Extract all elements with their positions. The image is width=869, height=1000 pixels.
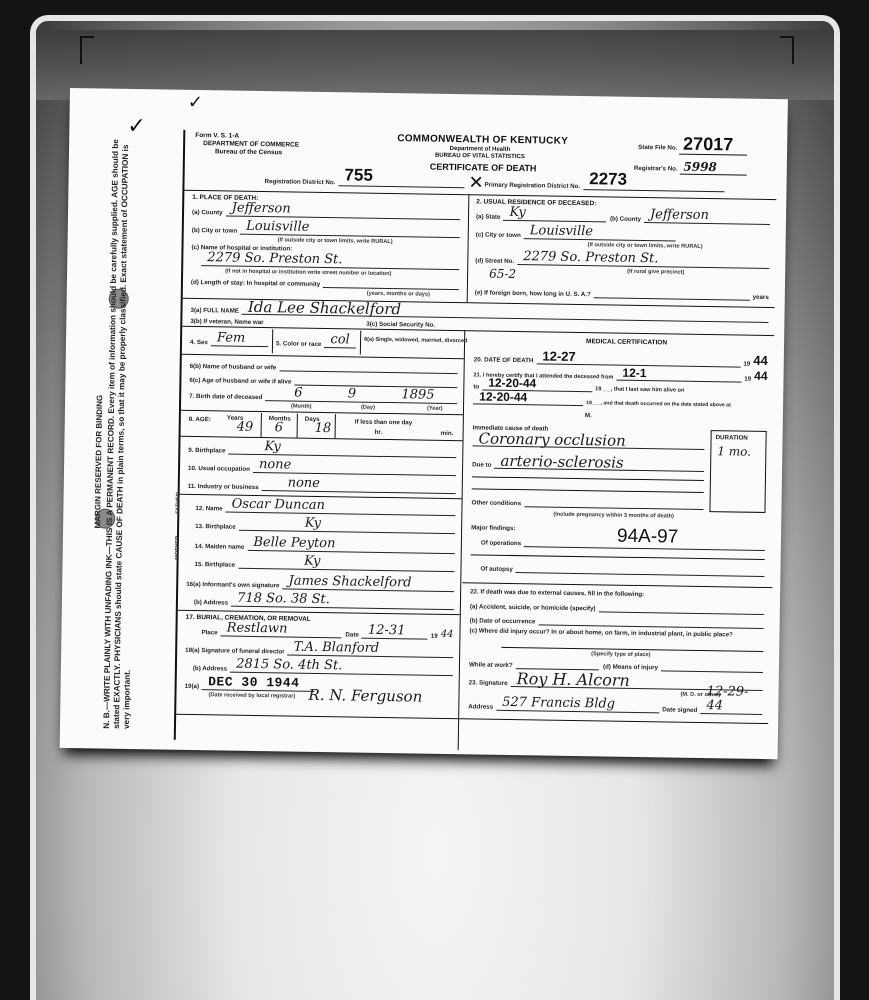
sex-field: 4. Sex Fem [190, 334, 268, 347]
spouse-name-label: 6(b) Name of husband or wife [190, 363, 277, 371]
date-of-death-label: 20. DATE OF DEATH [474, 356, 534, 364]
occupation-value: none [259, 458, 291, 473]
birth-month-value: 6 [294, 387, 303, 401]
birthplace-value: Ky [234, 440, 280, 455]
birth-day-value: 9 [348, 387, 357, 401]
full-name-label: 3(a) FULL NAME [190, 307, 238, 315]
residence-street-label: (d) Street No. [475, 257, 514, 265]
funeral-director-value: T.A. Blanford [294, 641, 380, 656]
registration-district-field: Registration District No. 755 [264, 173, 464, 188]
primary-district-field: Primary Registration District No. 2273 [484, 177, 724, 193]
primary-district-number: 2273 [589, 169, 627, 190]
m-label: M. [585, 412, 592, 419]
attended-from-year: 44 [754, 369, 768, 383]
registrar-number: 5998 [679, 160, 747, 176]
attended-to-value: 12-20-44 [488, 376, 536, 391]
burial-date-field: Date 12-31 19 44 [345, 626, 453, 640]
operations-value: 94A-97 [617, 526, 679, 549]
residence-county-field: (b) County Jefferson [610, 210, 770, 225]
residence-city-label: (c) City or town [476, 231, 521, 239]
immediate-cause-field: Coronary occlusion [472, 434, 704, 450]
race-field: 5. Color or race col [276, 335, 356, 348]
residence-county-label: (b) County [610, 215, 641, 222]
occurrence-label: (b) Date of occurrence [470, 617, 536, 625]
race-label: 5. Color or race [276, 340, 322, 348]
place-type-note: (Specify type of place) [591, 651, 650, 658]
registration-district-label: Registration District No. [264, 178, 335, 186]
informant-signature-value: James Shackelford [288, 574, 411, 590]
residence-county-value: Jefferson [650, 208, 709, 223]
informant-address-label: (b) Address [194, 599, 228, 607]
day-note: (Day) [361, 405, 375, 411]
physician-address-value: 527 Francis Bldg [502, 696, 615, 712]
burial-place-value: Restlawn [227, 622, 288, 637]
father-birthplace-value: Ky [245, 516, 321, 531]
mother-name-label: 14. Maiden name [195, 543, 245, 551]
duration-value: 1 mo. [711, 444, 765, 459]
informant-address-value: 718 So. 38 St. [237, 592, 330, 607]
father-name-value: Oscar Duncan [232, 498, 325, 513]
attended-from-value: 12-1 [622, 366, 646, 380]
state-file-field: State File No. 27017 [638, 133, 747, 156]
duration-label: DURATION [711, 431, 765, 445]
age-days-value: 18 [315, 422, 332, 436]
medical-title: MEDICAL CERTIFICATION [586, 338, 667, 346]
due-to-field: Due to arterio-sclerosis [472, 456, 704, 472]
mother-name-value: Belle Peyton [253, 536, 335, 551]
death-certificate: ✓ ✓ MARGIN RESERVED FOR BINDING N. B.—WR… [60, 88, 788, 759]
burial-date-label: Date [345, 631, 359, 638]
residence-street-value: 2279 So. Preston St. [523, 250, 658, 266]
death-city-value: Louisville [246, 220, 309, 235]
ssn-label: 3(c) Social Security No. [366, 321, 435, 329]
death-county-label: (a) County [192, 209, 223, 216]
mother-tag: MOTHER [175, 536, 181, 560]
physician-address-label: Address [468, 703, 493, 710]
date-of-death-year: 44 [753, 353, 768, 368]
x-mark-icon: ✕ [468, 172, 483, 193]
age-label: 8. AGE: [189, 416, 211, 423]
death-county-value: Jefferson [232, 202, 291, 217]
duration-box: DURATION 1 mo. [709, 430, 766, 513]
age-years-value: 49 [237, 421, 254, 435]
immediate-cause-value: Coronary occlusion [478, 431, 625, 447]
margin-instructions: N. B.—WRITE PLAINLY WITH UNFADING INK—TH… [102, 129, 141, 729]
crop-mark [780, 36, 794, 64]
full-name-value: Ida Lee Shackelford [248, 300, 401, 316]
received-date-label: 19(a) [185, 683, 200, 690]
birthplace-label: 9. Birthplace [188, 447, 225, 455]
burial-year-prefix: 19 [431, 633, 438, 640]
min-label: min. [441, 430, 454, 437]
residence-state-field: (a) State Ky [476, 208, 606, 222]
burial-place-label: Place [201, 629, 217, 636]
residence-street-note: (If rural give precinct) [627, 269, 684, 276]
hospital-value: 2279 So. Preston St. [207, 251, 342, 267]
father-name-label: 12. Name [195, 505, 222, 512]
residence-state-label: (a) State [476, 213, 501, 220]
burial-place-field: Place Restlawn [201, 624, 341, 638]
state-file-number: 27017 [679, 134, 747, 156]
industry-label: 11. Industry or business [188, 483, 259, 491]
foreign-born-unit: years [753, 294, 769, 301]
dept-health: Department of Health BUREAU OF VITAL STA… [435, 146, 525, 161]
month-note: (Month) [291, 404, 312, 410]
director-address-label: (b) Address [193, 665, 227, 673]
state-file-label: State File No. [638, 144, 677, 152]
residence-state-value: Ky [509, 206, 525, 220]
burial-date-value: 12-31 [368, 624, 406, 639]
date-of-death-value: 12-27 [542, 348, 575, 364]
death-city-label: (b) City or town [192, 227, 237, 235]
date-signed-label: Date signed [662, 706, 697, 714]
major-findings-label: Major findings: [471, 524, 515, 532]
operations-label: Of operations [481, 540, 521, 548]
less-day-label: If less than one day [355, 419, 413, 427]
sex-label: 4. Sex [190, 339, 208, 346]
registrar-field: Registrar's No. 5998 [634, 159, 747, 175]
due-to-value: arterio-sclerosis [500, 454, 623, 470]
date-signed-value: 12-29-44 [706, 685, 762, 714]
primary-district-label: Primary Registration District No. [484, 182, 580, 191]
crop-mark [80, 36, 94, 64]
birth-year-value: 1895 [401, 388, 434, 403]
other-conditions-label: Other conditions [471, 499, 521, 507]
age-months-value: 6 [275, 421, 284, 435]
bureau: Bureau of the Census [215, 148, 282, 157]
binding-margin: ✓ ✓ MARGIN RESERVED FOR BINDING N. B.—WR… [60, 88, 180, 750]
registration-district-number: 755 [344, 165, 373, 185]
received-date-field: 19(a) DEC 30 1944 [185, 678, 315, 692]
residence-city-value: Louisville [530, 224, 593, 239]
birth-date-label: 7. Birth date of deceased [189, 393, 262, 401]
mother-birthplace-label: 15. Birthplace [194, 561, 235, 569]
due-to-label: Due to [472, 461, 491, 468]
stay-note: (years, months or days) [367, 291, 430, 298]
autopsy-label: Of autopsy [480, 566, 512, 574]
father-tag: FATHER [175, 492, 181, 514]
physician-signature-value: Roy H. Alcorn [517, 672, 630, 688]
page-title: COMMONWEALTH OF KENTUCKY [397, 133, 568, 147]
veteran-label: 3(b) If veteran, Name war [190, 318, 263, 326]
informant-signature-label: 16(a) Informant's own signature [186, 581, 279, 589]
hr-label: hr. [375, 429, 383, 436]
registrar-label: Registrar's No. [634, 165, 678, 173]
residence-annotation: 65-2 [489, 267, 516, 281]
while-at-work-label: While at work? [469, 661, 513, 669]
year-note: (Year) [427, 406, 443, 412]
sex-value: Fem [217, 331, 246, 345]
director-address-value: 2815 So. 4th St. [236, 658, 342, 674]
certificate-header: Form V. S. 1-A DEPARTMENT OF COMMERCE Bu… [184, 90, 777, 199]
physician-signature-label: 23. Signature [469, 679, 508, 687]
occupation-label: 10. Usual occupation [188, 465, 250, 473]
bureau-vital-label: BUREAU OF VITAL STATISTICS [435, 153, 525, 161]
father-birthplace-label: 13. Birthplace [195, 523, 236, 531]
race-value: col [330, 333, 349, 347]
industry-value: none [268, 476, 320, 491]
while-at-work-field: While at work? [469, 656, 599, 670]
received-date-stamp: DEC 30 1944 [208, 674, 300, 690]
registrar-signature: R. N. Ferguson [308, 686, 422, 706]
mother-birthplace-value: Ky [244, 554, 320, 569]
burial-year-value: 44 [441, 629, 454, 640]
last-seen-value: 12-20-44 [479, 389, 527, 404]
